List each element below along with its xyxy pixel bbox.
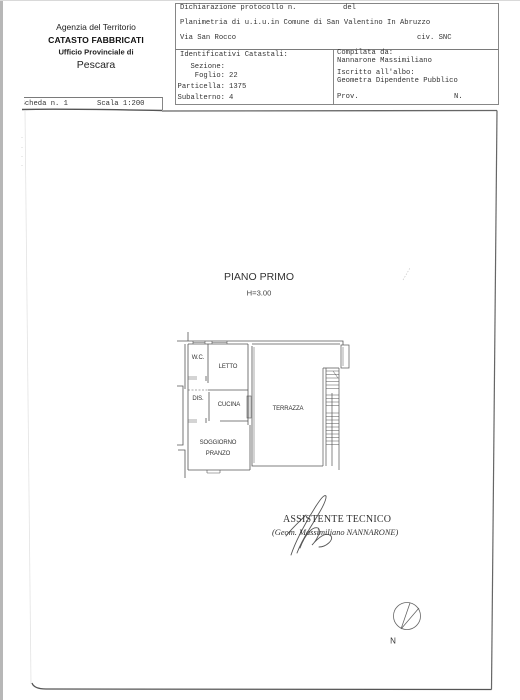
register-label: Iscritto all'albo: bbox=[337, 69, 415, 77]
agency-department: CATASTO FABBRICATI bbox=[48, 35, 144, 45]
room-label-hall: DIS. bbox=[192, 396, 203, 402]
signature-scribble bbox=[286, 496, 332, 555]
register-value: Geometra Dipendente Pubblico bbox=[337, 77, 458, 85]
province-label: Prov. bbox=[337, 93, 359, 101]
sheet-number: Scheda n. 1 bbox=[24, 100, 68, 108]
civic-number: civ. SNC bbox=[417, 34, 452, 42]
particella-label: Particella: bbox=[150, 83, 225, 91]
sheet-info-box: Scheda n. 1 Scala 1:200 bbox=[24, 97, 162, 109]
protocol-label: Dichiarazione protocollo n. bbox=[180, 4, 296, 12]
floor-plan-walls bbox=[177, 332, 343, 478]
floor-title: PIANO PRIMO bbox=[224, 271, 294, 283]
cadastral-heading: Identificativi Catastali: bbox=[180, 51, 288, 59]
compiled-by-label: Compilata da: bbox=[337, 49, 393, 57]
foglio-value: 22 bbox=[229, 72, 238, 80]
stamp-title: ASSISTENTE TECNICO bbox=[283, 514, 391, 525]
agency-province: Pescara bbox=[77, 59, 116, 71]
north-arrow-icon bbox=[394, 603, 421, 630]
stamp-name: (Geom. Massimiliano NANNARONE) bbox=[272, 528, 398, 537]
subalterno-value: 4 bbox=[229, 94, 233, 102]
foglio-label: Foglio: bbox=[150, 72, 225, 80]
address: Via San Rocco bbox=[180, 34, 236, 42]
room-label-dining: PRANZO bbox=[206, 451, 230, 457]
room-label-terrace: TERRAZZA bbox=[273, 406, 304, 412]
agency-name: Agenzia del Territorio bbox=[56, 22, 136, 32]
agency-office: Ufficio Provinciale di bbox=[58, 48, 133, 57]
room-label-kitchen: CUCINA bbox=[218, 402, 240, 408]
sezione-label: Sezione: bbox=[150, 63, 225, 71]
scan-artifacts bbox=[22, 137, 410, 280]
particella-value: 1375 bbox=[229, 83, 246, 91]
north-label: N bbox=[390, 637, 396, 646]
compiler-name: Nannarone Massimiliano bbox=[337, 57, 432, 65]
room-label-wc: W.C. bbox=[192, 355, 205, 361]
staircase bbox=[323, 345, 349, 470]
drawing-frame bbox=[25, 111, 497, 690]
plan-description: Planimetria di u.i.u.in Comune di San Va… bbox=[180, 19, 430, 27]
floor-height: H=3.00 bbox=[247, 289, 272, 298]
room-label-living: SOGGIORNO bbox=[200, 440, 237, 446]
date-label: del bbox=[343, 4, 356, 12]
sheet-scale: Scala 1:200 bbox=[97, 100, 144, 108]
scan-top-edge bbox=[0, 0, 520, 1]
number-label: N. bbox=[454, 93, 463, 101]
room-label-bedroom: LETTO bbox=[219, 364, 238, 370]
scan-edge-shadow bbox=[0, 0, 3, 700]
